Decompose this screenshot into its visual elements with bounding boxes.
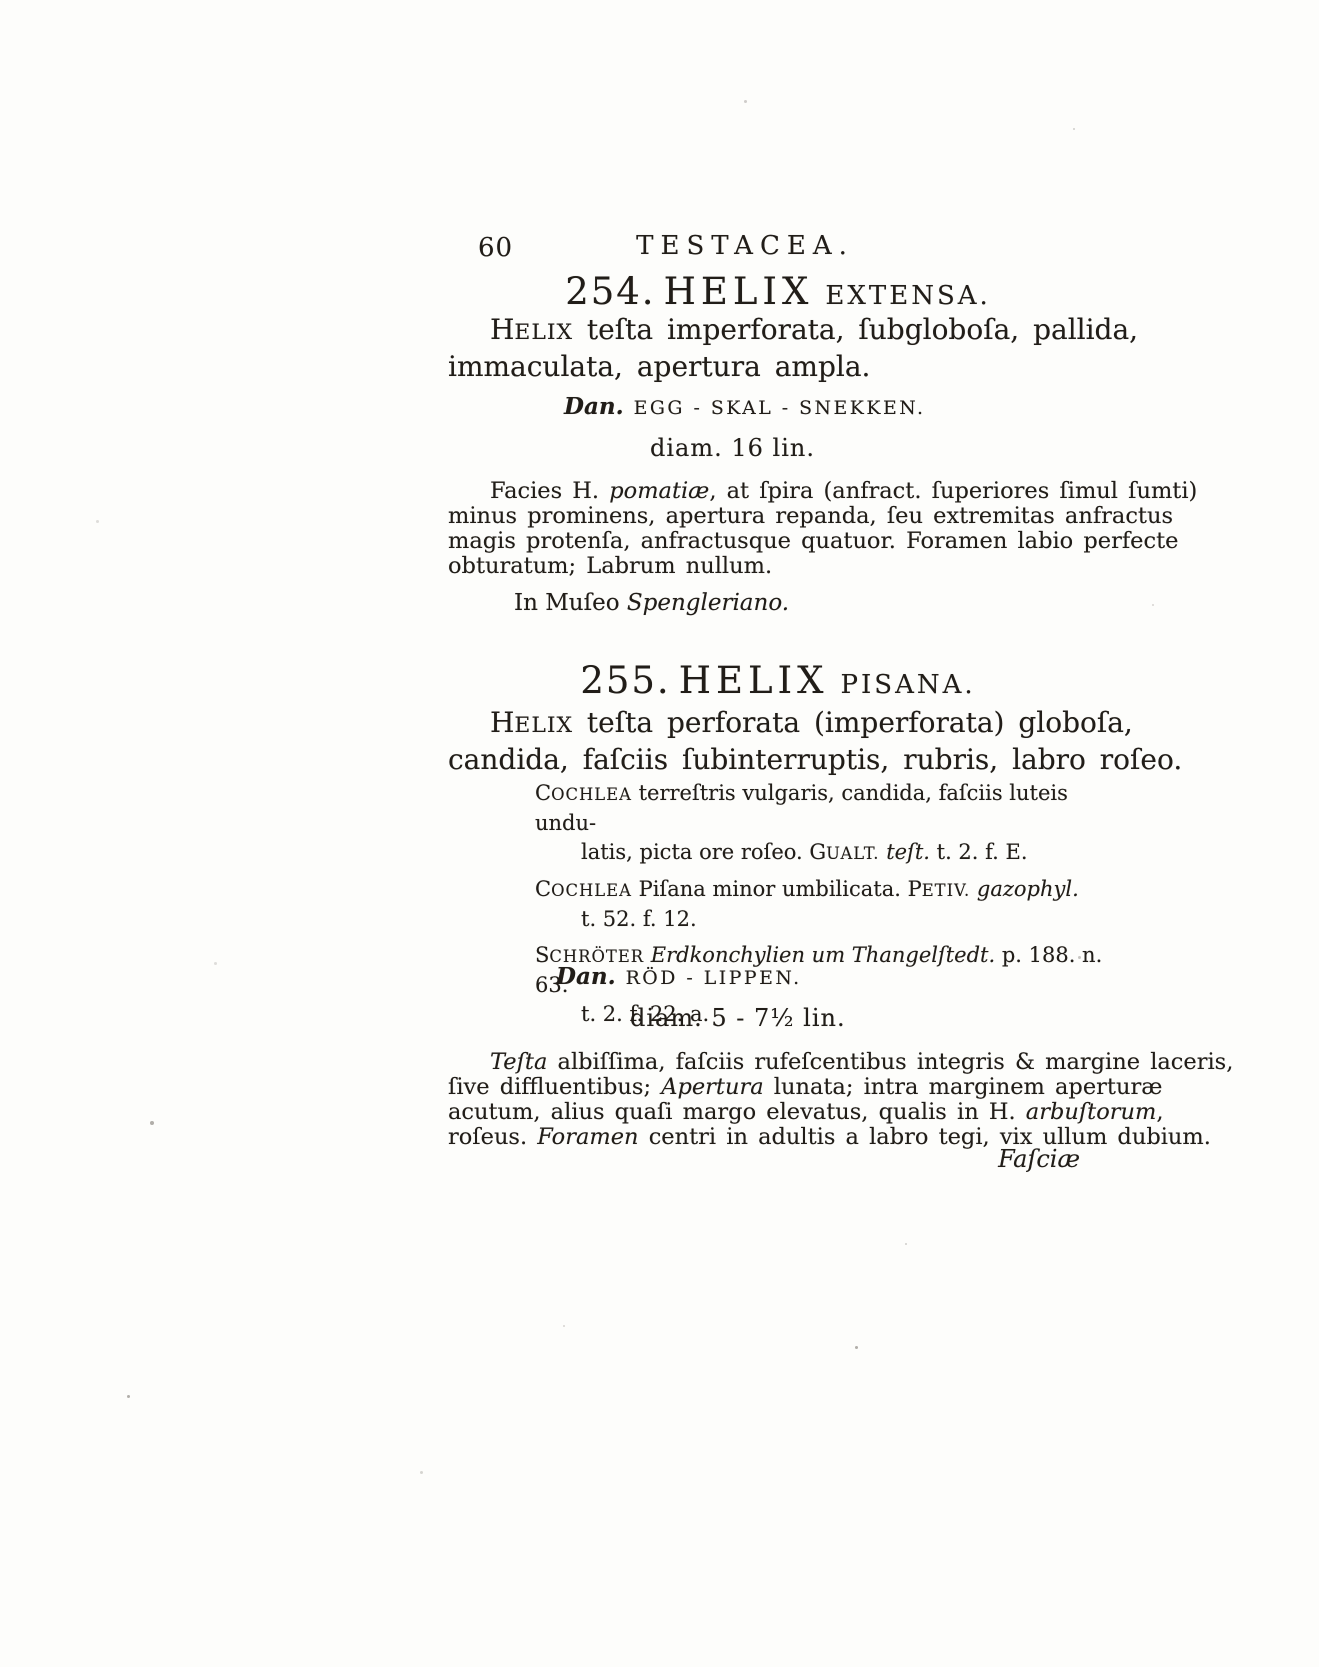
species-diagnosis-255: HELIX teſta perforata (imperforata) glob… — [448, 706, 1108, 777]
italic-text: Spengleriano. — [627, 590, 789, 616]
text-segment: , — [1156, 1099, 1163, 1125]
species-heading-255: 255.HELIXPISANA. — [448, 659, 1108, 702]
scan-speck — [905, 1243, 907, 1245]
description-paragraph-255: Teſta albiſſima, faſciis rufeſcentibus i… — [448, 1050, 1108, 1150]
provenance-line-254: In Muſeo Spengleriano. — [514, 590, 1174, 616]
scan-speck — [855, 1346, 858, 1349]
text-line: immaculata, apertura ampla. — [448, 350, 1108, 384]
text-line: latis, picta ore roſeo. GUALT. teſt. t. … — [581, 838, 1110, 868]
text-segment — [970, 877, 977, 901]
species-number: 254. — [565, 270, 655, 313]
scan-speck — [96, 520, 99, 523]
scanned-book-page: 60 TESTACEA. 254.HELIXEXTENSA. HELIX teſ… — [0, 0, 1319, 1667]
text-segment: lunata; intra marginem aperturæ — [764, 1074, 1163, 1100]
text-segment: Facies H. — [490, 478, 609, 504]
text-line: ſive diffluentibus; Apertura lunata; int… — [448, 1075, 1108, 1100]
dimension-line-254: diam. 16 lin. — [650, 434, 815, 462]
text-segment: candida, faſciis ſubinterruptis, rubris,… — [448, 743, 1182, 776]
text-segment: G — [809, 840, 826, 864]
smallcaps-text: OCHLEA — [551, 881, 632, 900]
smallcaps-text: OCHLEA — [551, 785, 632, 804]
species-number: 255. — [580, 659, 670, 702]
text-segment: teſta perforata (imperforata) globoſa, — [573, 706, 1133, 739]
running-title: TESTACEA. — [415, 231, 1075, 261]
species-epithet: EXTENSA. — [825, 281, 990, 311]
smallcaps-text: ELIX — [514, 320, 573, 345]
smallcaps-text: ELIX — [514, 713, 573, 738]
scan-speck — [214, 962, 217, 965]
text-segment: , at ſpira (anfract. ſuperiores ſimul ſu… — [709, 478, 1197, 504]
scan-speck — [563, 1325, 565, 1327]
text-segment: t. 52. f. 12. — [581, 907, 697, 931]
text-line: Teſta albiſſima, faſciis rufeſcentibus i… — [448, 1050, 1108, 1075]
text-line: Facies H. pomatiæ, at ſpira (anfract. ſu… — [448, 479, 1108, 504]
language-label: Dan. — [564, 393, 624, 420]
scan-speck — [420, 1471, 423, 1474]
italic-text: arbuſtorum — [1026, 1099, 1157, 1125]
text-segment: minus prominens, apertura repanda, ſeu e… — [448, 503, 1173, 529]
genus-name: HELIX — [679, 659, 829, 702]
vernacular-text: RÖD - LIPPEN. — [626, 967, 802, 989]
text-segment: obturatum; Labrum nullum. — [448, 553, 772, 579]
text-segment: Piſana minor umbilicata. — [632, 877, 908, 901]
text-line: t. 52. f. 12. — [581, 905, 1110, 934]
vernacular-text: EGG - SKAL - SNEKKEN. — [634, 397, 926, 419]
genus-name: HELIX — [664, 270, 814, 313]
text-line: COCHLEA Piſana minor umbilicata. PETIV. … — [535, 875, 1110, 905]
text-segment: C — [535, 877, 551, 901]
italic-text: teſt. — [886, 840, 930, 864]
italic-text: gazophyl. — [977, 877, 1079, 901]
text-segment: magis protenſa, anfractusque quatuor. Fo… — [448, 528, 1178, 554]
italic-text: Teſta — [490, 1049, 547, 1075]
scan-speck — [1073, 128, 1075, 130]
text-segment: C — [535, 781, 551, 805]
text-line: obturatum; Labrum nullum. — [448, 554, 1108, 579]
text-segment: H — [490, 313, 514, 346]
text-segment: centri in adultis a labro tegi, vix ullu… — [639, 1124, 1211, 1150]
text-line: COCHLEA terreſtris vulgaris, candida, fa… — [535, 779, 1110, 838]
text-segment: roſeus. — [448, 1124, 537, 1150]
scan-speck — [1078, 956, 1081, 959]
italic-text: Apertura — [661, 1074, 763, 1100]
scan-speck — [1152, 604, 1154, 606]
text-line: minus prominens, apertura repanda, ſeu e… — [448, 504, 1108, 529]
species-heading-254: 254.HELIXEXTENSA. — [448, 270, 1108, 313]
text-segment: S — [535, 943, 549, 967]
text-line: In Muſeo Spengleriano. — [514, 590, 1174, 616]
text-segment: immaculata, apertura ampla. — [448, 350, 870, 383]
scan-speck — [744, 100, 747, 103]
text-segment: albiſſima, faſciis rufeſcentibus integri… — [547, 1049, 1233, 1075]
text-segment: H — [490, 706, 514, 739]
italic-text: pomatiæ — [609, 478, 709, 504]
vernacular-name-255: Dan.RÖD - LIPPEN. — [556, 963, 802, 990]
dimension-line-255: diam. 5 - 7½ lin. — [630, 1004, 846, 1032]
scan-speck — [150, 1121, 154, 1125]
smallcaps-text: ETIV. — [922, 881, 970, 900]
text-segment: In Muſeo — [514, 590, 627, 616]
smallcaps-text: UALT. — [826, 844, 879, 863]
text-line: HELIX teſta perforata (imperforata) glob… — [448, 706, 1108, 743]
text-line: acutum, alius quaſi margo elevatus, qual… — [448, 1100, 1108, 1125]
scan-speck — [127, 1395, 130, 1398]
text-line: HELIX teſta imperforata, ſubgloboſa, pal… — [448, 313, 1108, 350]
text-line: magis protenſa, anfractusque quatuor. Fo… — [448, 529, 1108, 554]
species-diagnosis-254: HELIX teſta imperforata, ſubgloboſa, pal… — [448, 313, 1108, 384]
italic-text: Foramen — [537, 1124, 638, 1150]
text-segment: ſive diffluentibus; — [448, 1074, 661, 1100]
species-epithet: PISANA. — [841, 670, 976, 700]
text-segment: t. 2. f. E. — [930, 840, 1028, 864]
text-segment: P — [908, 877, 922, 901]
text-segment: latis, picta ore roſeo. — [581, 840, 809, 864]
reference-gualtieri: COCHLEA terreſtris vulgaris, candida, fa… — [535, 779, 1110, 868]
text-line: candida, faſciis ſubinterruptis, rubris,… — [448, 743, 1108, 777]
text-segment: teſta imperforata, ſubgloboſa, pallida, — [573, 313, 1138, 346]
text-segment: acutum, alius quaſi margo elevatus, qual… — [448, 1099, 1026, 1125]
language-label: Dan. — [556, 963, 616, 990]
catchword: Faſciæ — [998, 1145, 1080, 1173]
description-paragraph-254: Facies H. pomatiæ, at ſpira (anfract. ſu… — [448, 479, 1108, 579]
reference-petiver: COCHLEA Piſana minor umbilicata. PETIV. … — [535, 875, 1110, 934]
vernacular-name-254: Dan.EGG - SKAL - SNEKKEN. — [564, 393, 926, 420]
reference-list: COCHLEA terreſtris vulgaris, candida, fa… — [535, 779, 1110, 1036]
